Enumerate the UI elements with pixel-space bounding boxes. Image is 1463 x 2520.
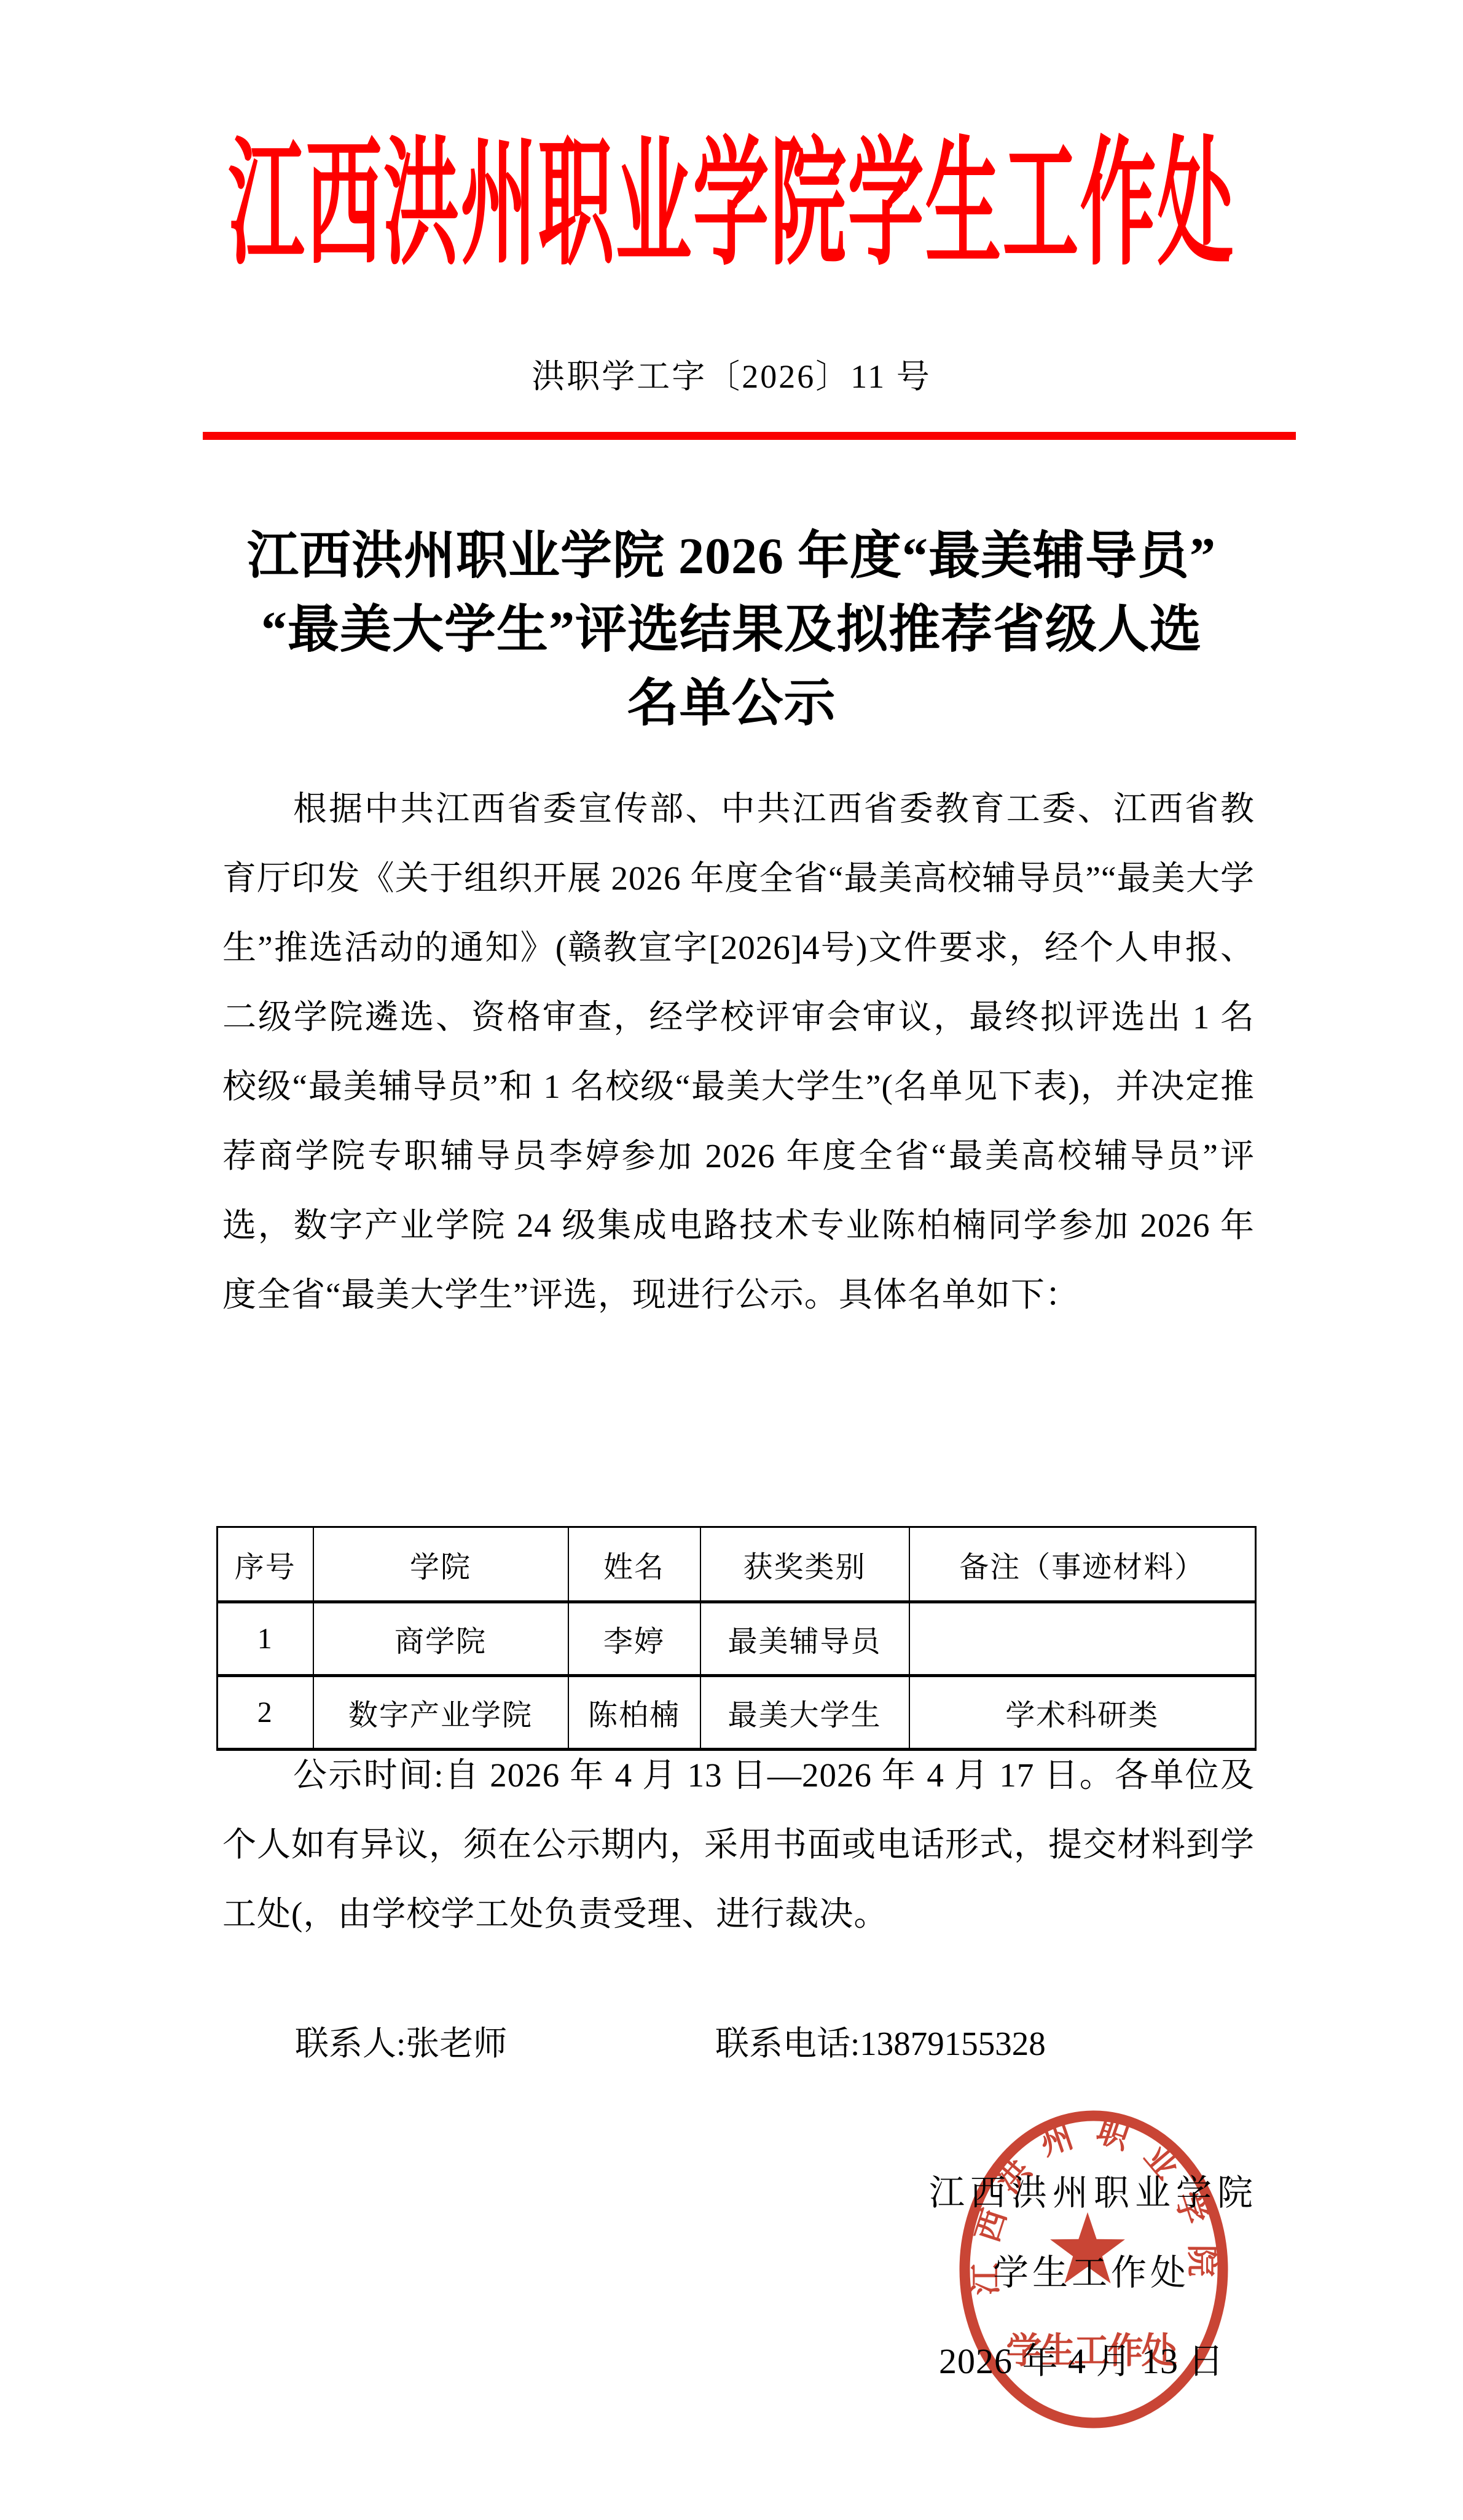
results-table: 序号 学院 姓名 获奖类别 备注（事迹材料） 1 商学院 李婷 最美辅导员 2 … — [216, 1526, 1257, 1751]
doc-title-line-2: “最美大学生”评选结果及拟推荐省级人选 — [0, 593, 1463, 667]
col-header-remark: 备注（事迹材料） — [909, 1527, 1256, 1602]
doc-title: 江西洪州职业学院 2026 年度“最美辅导员” “最美大学生”评选结果及拟推荐省… — [0, 520, 1463, 741]
doc-title-line-1: 江西洪州职业学院 2026 年度“最美辅导员” — [0, 520, 1463, 593]
cell-name: 陈柏楠 — [568, 1676, 700, 1750]
cell-remark: 学术科研类 — [909, 1676, 1256, 1750]
cell-college: 商学院 — [313, 1602, 568, 1676]
table-row: 1 商学院 李婷 最美辅导员 — [218, 1602, 1256, 1676]
signature-org-line2: 学生工作处 — [993, 2253, 1190, 2293]
cell-college: 数字产业学院 — [313, 1676, 568, 1750]
table-row: 2 数字产业学院 陈柏楠 最美大学生 学术科研类 — [218, 1676, 1256, 1750]
col-header-award: 获奖类别 — [700, 1527, 909, 1602]
col-header-index: 序号 — [218, 1527, 313, 1602]
doc-number: 洪职学工字〔2026〕11 号 — [0, 359, 1463, 395]
cell-award: 最美大学生 — [700, 1676, 909, 1750]
red-header-title: 江西洪州职业学院学生工作处 — [0, 136, 1463, 275]
cell-name: 李婷 — [568, 1602, 700, 1676]
signature-org-line1: 江西洪州职业学院 — [929, 2174, 1258, 2213]
cell-remark — [909, 1602, 1256, 1676]
cell-award: 最美辅导员 — [700, 1602, 909, 1676]
contact-person: 联系人:张老师 — [295, 2024, 507, 2064]
doc-title-line-3: 名单公示 — [0, 667, 1463, 741]
cell-index: 1 — [218, 1602, 313, 1676]
col-header-college: 学院 — [313, 1527, 568, 1602]
notice-paragraph: 公示时间:自 2026 年 4 月 13 日—2026 年 4 月 17 日。各… — [222, 1740, 1255, 1949]
col-header-name: 姓名 — [568, 1527, 700, 1602]
cell-index: 2 — [218, 1676, 313, 1750]
signature-date: 2026 年 4 月 13 日 — [939, 2342, 1225, 2381]
intro-paragraph: 根据中共江西省委宣传部、中共江西省委教育工委、江西省教育厅印发《关于组织开展 2… — [222, 774, 1255, 1329]
contact-phone: 联系电话:13879155328 — [715, 2024, 1046, 2064]
document-page: 江西洪州职业学院学生工作处 洪职学工字〔2026〕11 号 江西洪州职业学院 2… — [0, 0, 1463, 2520]
red-divider-line — [203, 432, 1296, 440]
table-header-row: 序号 学院 姓名 获奖类别 备注（事迹材料） — [218, 1527, 1256, 1602]
